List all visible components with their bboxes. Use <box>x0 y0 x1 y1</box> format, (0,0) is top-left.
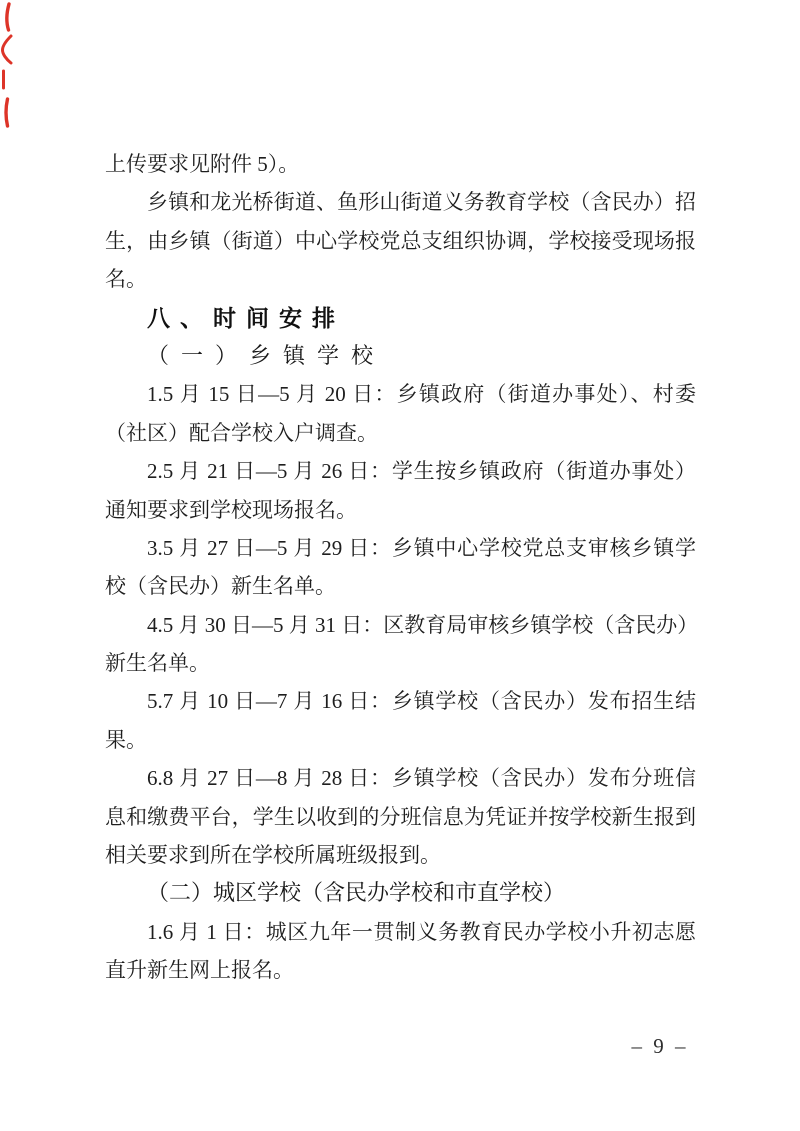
text-line: 八、时间安排 <box>105 299 696 337</box>
subheading-urban-schools: （二）城区学校（含民办学校和市直学校） <box>105 874 696 912</box>
text-line: 3.5 月 27 日—5 月 29 日：乡镇中心学校党总支审核乡镇学 <box>105 529 696 567</box>
section-heading-time-arrangement: 八、时间安排 <box>105 299 696 337</box>
township-street-enrollment-paragraph: 乡镇和龙光桥街道、鱼形山街道义务教育学校（含民办）招生，由乡镇（街道）中心学校党… <box>105 183 696 298</box>
township-schedule-item-4: 4.5 月 30 日—5 月 31 日：区教育局审核乡镇学校（含民办）新生名单。 <box>105 606 696 683</box>
text-line: 果。 <box>105 721 696 759</box>
text-line: 通知要求到学校现场报名。 <box>105 491 696 529</box>
text-line: 新生名单。 <box>105 644 696 682</box>
stamp-stroke <box>3 36 12 63</box>
continuation-paragraph: 上传要求见附件 5）。 <box>105 145 696 183</box>
text-line: 1.5 月 15 日—5 月 20 日：乡镇政府（街道办事处）、村委 <box>105 375 696 413</box>
township-schedule-item-2: 2.5 月 21 日—5 月 26 日：学生按乡镇政府（街道办事处）通知要求到学… <box>105 452 696 529</box>
document-page: 上传要求见附件 5）。乡镇和龙光桥街道、鱼形山街道义务教育学校（含民办）招生，由… <box>0 0 800 1131</box>
urban-schedule-item-1: 1.6 月 1 日：城区九年一贯制义务教育民办学校小升初志愿直升新生网上报名。 <box>105 913 696 990</box>
township-schedule-item-3: 3.5 月 27 日—5 月 29 日：乡镇中心学校党总支审核乡镇学校（含民办）… <box>105 529 696 606</box>
township-schedule-item-1: 1.5 月 15 日—5 月 20 日：乡镇政府（街道办事处）、村委（社区）配合… <box>105 375 696 452</box>
text-line: 1.6 月 1 日：城区九年一贯制义务教育民办学校小升初志愿 <box>105 913 696 951</box>
text-line: 息和缴费平台，学生以收到的分班信息为凭证并按学校新生报到 <box>105 798 696 836</box>
text-line: 上传要求见附件 5）。 <box>105 145 696 183</box>
text-line: （二）城区学校（含民办学校和市直学校） <box>105 874 696 912</box>
text-line: 2.5 月 21 日—5 月 26 日：学生按乡镇政府（街道办事处） <box>105 452 696 490</box>
text-line: 6.8 月 27 日—8 月 28 日：乡镇学校（含民办）发布分班信 <box>105 759 696 797</box>
stamp-stroke <box>7 4 9 30</box>
text-line: （一）乡镇学校 <box>105 337 696 375</box>
text-line: 生，由乡镇（街道）中心学校党总支组织协调，学校接受现场报 <box>105 222 696 260</box>
township-schedule-item-5: 5.7 月 10 日—7 月 16 日：乡镇学校（含民办）发布招生结果。 <box>105 682 696 759</box>
stamp-stroke <box>6 99 8 126</box>
red-stamp-fragments <box>0 0 16 132</box>
text-line: 5.7 月 10 日—7 月 16 日：乡镇学校（含民办）发布招生结 <box>105 682 696 720</box>
text-line: 名。 <box>105 260 696 298</box>
text-line: 4.5 月 30 日—5 月 31 日：区教育局审核乡镇学校（含民办） <box>105 606 696 644</box>
township-schedule-item-6: 6.8 月 27 日—8 月 28 日：乡镇学校（含民办）发布分班信息和缴费平台… <box>105 759 696 874</box>
page-number: – 9 – <box>618 1034 702 1059</box>
document-text: 上传要求见附件 5）。乡镇和龙光桥街道、鱼形山街道义务教育学校（含民办）招生，由… <box>105 145 696 990</box>
text-line: （社区）配合学校入户调查。 <box>105 414 696 452</box>
text-line: 乡镇和龙光桥街道、鱼形山街道义务教育学校（含民办）招 <box>105 183 696 221</box>
text-line: 校（含民办）新生名单。 <box>105 567 696 605</box>
text-line: 直升新生网上报名。 <box>105 951 696 989</box>
subheading-township-schools: （一）乡镇学校 <box>105 337 696 375</box>
text-line: 相关要求到所在学校所属班级报到。 <box>105 836 696 874</box>
